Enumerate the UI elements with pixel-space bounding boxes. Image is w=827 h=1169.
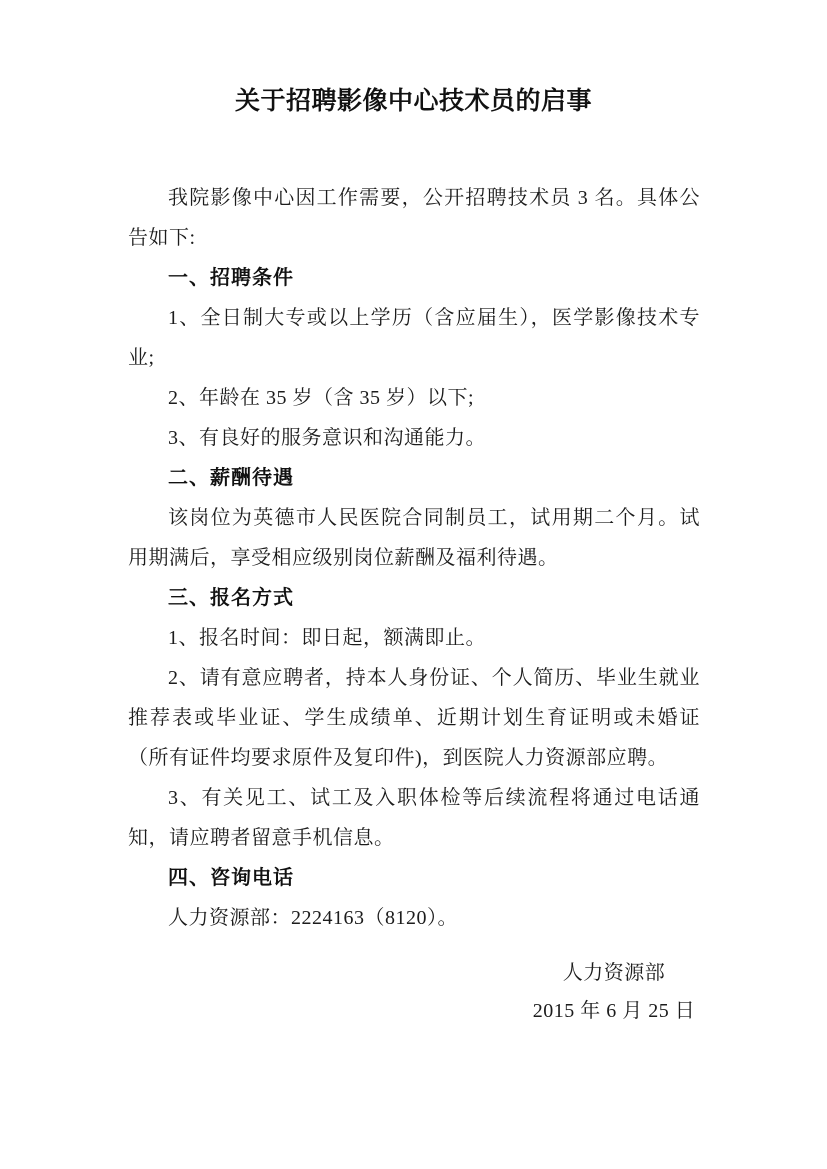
intro-paragraph: 我院影像中心因工作需要，公开招聘技术员 3 名。具体公告如下: <box>128 178 700 258</box>
section-2-paragraph: 该岗位为英德市人民医院合同制员工，试用期二个月。试用期满后，享受相应级别岗位薪酬… <box>128 498 700 578</box>
signature-block: 人力资源部 2015 年 6 月 25 日 <box>504 954 724 1030</box>
section-4-heading: 四、咨询电话 <box>128 858 700 898</box>
section-3-heading: 三、报名方式 <box>128 578 700 618</box>
section-3-item-2: 2、请有意应聘者，持本人身份证、个人简历、毕业生就业推荐表或毕业证、学生成绩单、… <box>128 658 700 778</box>
section-2-heading: 二、薪酬待遇 <box>128 458 700 498</box>
section-1-item-3: 3、有良好的服务意识和沟通能力。 <box>128 418 700 458</box>
section-1-item-1: 1、全日制大专或以上学历（含应届生），医学影像技术专业; <box>128 298 700 378</box>
document-body: 我院影像中心因工作需要，公开招聘技术员 3 名。具体公告如下: 一、招聘条件 1… <box>128 178 700 1030</box>
section-3-item-3: 3、有关见工、试工及入职体检等后续流程将通过电话通知，请应聘者留意手机信息。 <box>128 778 700 858</box>
document-title: 关于招聘影像中心技术员的启事 <box>0 84 827 118</box>
contact-phone-line: 人力资源部：2224163（8120）。 <box>128 898 700 938</box>
section-1-heading: 一、招聘条件 <box>128 258 700 298</box>
section-3-item-1: 1、报名时间：即日起，额满即止。 <box>128 618 700 658</box>
section-1-item-2: 2、年龄在 35 岁（含 35 岁）以下; <box>128 378 700 418</box>
signature-department: 人力资源部 <box>504 954 724 992</box>
document-page: 关于招聘影像中心技术员的启事 我院影像中心因工作需要，公开招聘技术员 3 名。具… <box>0 0 827 1169</box>
signature-date: 2015 年 6 月 25 日 <box>504 992 724 1030</box>
